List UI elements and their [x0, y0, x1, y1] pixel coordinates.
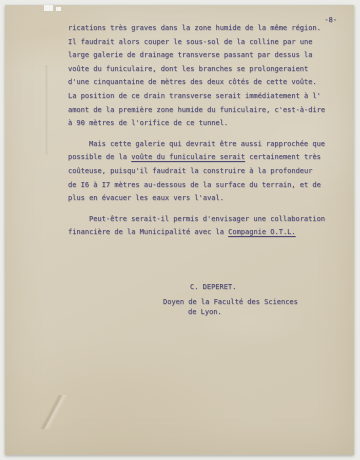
line-segment: certainement très: [245, 153, 321, 161]
paper-crease: [45, 65, 48, 155]
signature-title-line-1: Doyen de la Faculté des Sciences: [163, 297, 298, 308]
paper-crease: [17, 395, 87, 429]
typed-line: amont de la première zone humide du funi…: [68, 104, 338, 118]
typed-line: d'une cinquantaine de mètres des deux cô…: [68, 76, 338, 90]
line-segment: financière de la Municipalité avec la: [68, 228, 228, 236]
typed-line: de I6 à I7 mètres au-dessous de la surfa…: [68, 179, 338, 193]
typed-line: à 90 mètres de l'orifice de ce tunnel.: [68, 117, 338, 131]
typed-line: possible de la voûte du funiculaire sera…: [68, 151, 338, 165]
typed-line: La position de ce drain transverse serai…: [68, 90, 338, 104]
typed-line: financière de la Municipalité avec la Co…: [68, 226, 338, 240]
typed-line: large galerie de drainage transverse pas…: [68, 49, 338, 63]
letter-body: rications très graves dans la zone humid…: [68, 22, 338, 240]
typed-line: Il faudrait alors couper le sous-sol de …: [68, 36, 338, 50]
underlined-phrase: Compagnie O.T.L.: [228, 228, 295, 236]
typed-line: Mais cette galerie qui devrait être auss…: [68, 138, 338, 152]
underlined-phrase: voûte du funiculaire serait: [131, 153, 245, 161]
signature-block: C. DEPERET. Doyen de la Faculté des Scie…: [163, 282, 298, 318]
typed-line: voûte du funiculaire, dont les branches …: [68, 63, 338, 77]
typed-line: rications très graves dans la zone humid…: [68, 22, 338, 36]
typed-line: plus en évacuer les eaux vers l'aval.: [68, 192, 338, 206]
typed-line: Peut-être serait-il permis d'envisager u…: [68, 213, 338, 227]
paper-notch: [56, 7, 61, 11]
signature-title-line-2: de Lyon.: [163, 307, 298, 318]
typewritten-page: -8- rications très graves dans la zone h…: [5, 5, 354, 455]
paper-notch: [44, 5, 53, 11]
signature-name: C. DEPERET.: [163, 282, 298, 293]
line-segment: possible de la: [68, 153, 131, 161]
typed-line: coûteuse, puisqu'il faudrait la construi…: [68, 165, 338, 179]
